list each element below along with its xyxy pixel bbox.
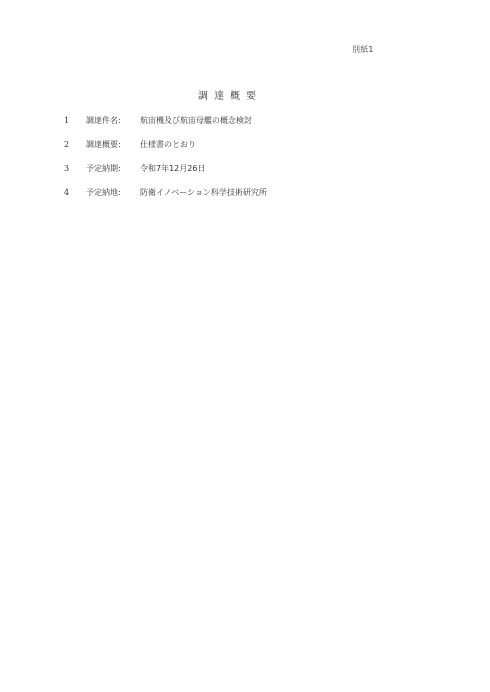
item-number: 1 [64,116,86,125]
item-label: 調達概要: [86,139,140,150]
item-value: 航宙機及び航宙母艦の概念検討 [140,115,424,126]
item-value: 防衛イノベーション科学技術研究所 [140,187,424,198]
attachment-label: 別紙1 [352,44,374,55]
document-page: 別紙1 調達概要 1 調達件名: 航宙機及び航宙母艦の概念検討 2 調達概要: … [0,0,490,692]
item-value: 仕様書のとおり [140,139,424,150]
item-label: 予定納期: [86,163,140,174]
item-label: 予定納地: [86,187,140,198]
list-item-delivery-date: 3 予定納期: 令和7年12月26日 [64,162,424,174]
list-item-delivery-location: 4 予定納地: 防衛イノベーション科学技術研究所 [64,186,424,198]
item-number: 4 [64,188,86,197]
item-number: 2 [64,140,86,149]
item-label: 調達件名: [86,115,140,126]
item-number: 3 [64,164,86,173]
procurement-items-list: 1 調達件名: 航宙機及び航宙母艦の概念検討 2 調達概要: 仕様書のとおり 3… [64,114,424,210]
page-title: 調達概要 [0,87,460,102]
item-value: 令和7年12月26日 [140,163,424,174]
list-item-procurement-name: 1 調達件名: 航宙機及び航宙母艦の概念検討 [64,114,424,126]
list-item-procurement-summary: 2 調達概要: 仕様書のとおり [64,138,424,150]
